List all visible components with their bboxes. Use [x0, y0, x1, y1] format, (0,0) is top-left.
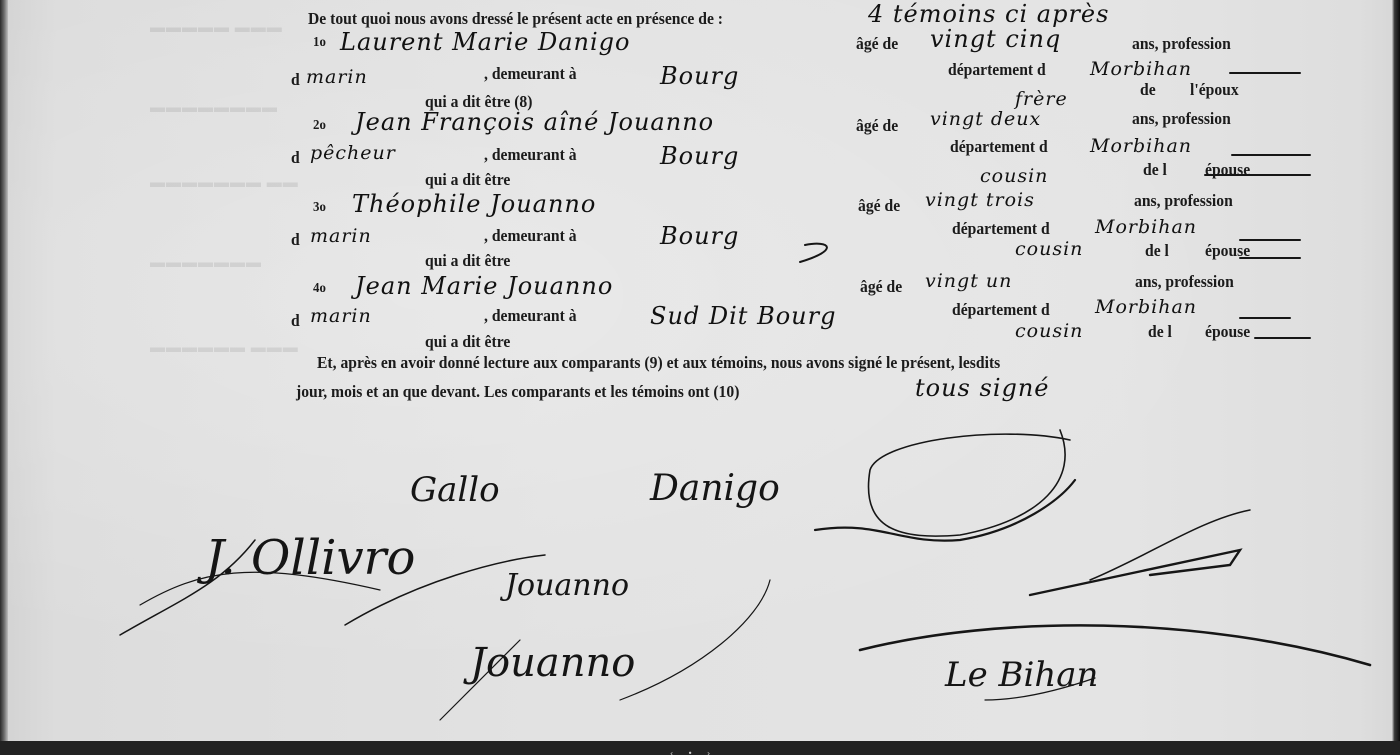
viewer-nav-icons[interactable]: ‹ • › [670, 749, 716, 755]
signature-ollivro: J. Ollivro [205, 530, 415, 586]
signature-danigo: Danigo [650, 468, 780, 509]
signature-gallo: Gallo [410, 470, 500, 510]
document-page: ▬▬▬▬▬ ▬▬▬ ▬▬▬▬▬▬▬▬ ▬▬▬▬▬▬▬ ▬▬ ▬▬▬▬▬▬▬ ▬▬… [0, 0, 1400, 741]
pen-strokes [0, 0, 1400, 741]
signature-le-bihan: Le Bihan [945, 655, 1098, 695]
signature-jouanno-1: Jouanno [505, 568, 629, 603]
signature-jouanno-2: Jouanno [470, 640, 635, 686]
viewer-toolbar: ‹ • › [0, 741, 1400, 755]
